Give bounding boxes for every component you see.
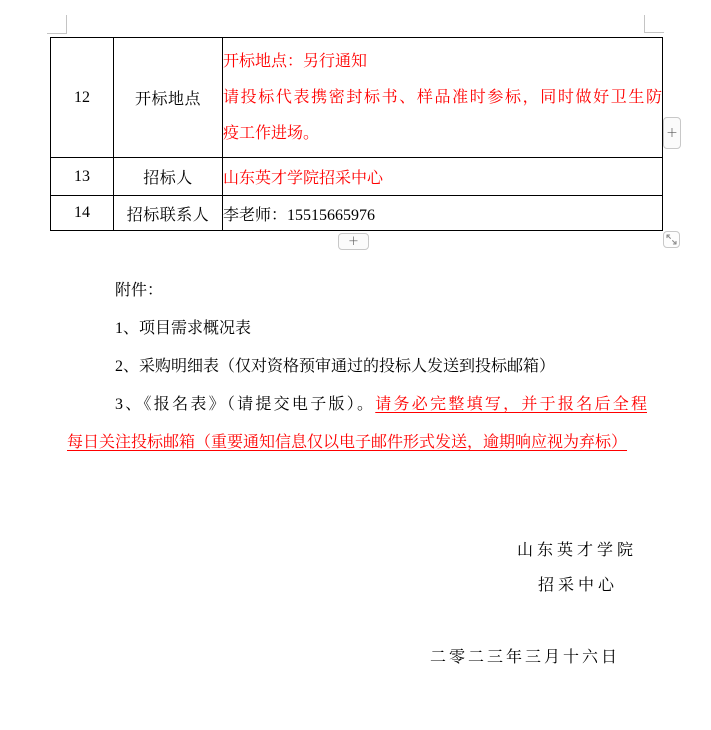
- row-number-cell: 13: [51, 158, 114, 196]
- attachment-item-3-warning: 请务必完整填写，并于报名后全程: [375, 396, 647, 413]
- row-value-cell: 山东英才学院招采中心: [223, 158, 663, 196]
- row-number-cell: 12: [51, 38, 114, 158]
- margin-crop-mark-right: [644, 15, 664, 33]
- attachment-warning-line-2: 每日关注投标邮箱（重要通知信息仅以电子邮件形式发送，逾期响应视为弃标）: [67, 424, 647, 462]
- attachment-item-3-text: 3、《报名表》（请提交电子版）。: [115, 396, 375, 413]
- row-value-cell: 李老师：15515665976: [223, 196, 663, 231]
- table-row: 12 开标地点 开标地点：另行通知 请投标代表携密封标书、样品准时参标，同时做好…: [51, 38, 663, 158]
- add-row-button[interactable]: +: [338, 233, 369, 250]
- attachments-section: 附件： 1、项目需求概况表 2、采购明细表（仅对资格预审通过的投标人发送到投标邮…: [67, 272, 647, 462]
- signature-date: 二零二三年三月十六日: [430, 646, 620, 670]
- plus-icon: +: [348, 234, 359, 249]
- attachment-item-1: 1、项目需求概况表: [67, 310, 647, 348]
- row-label-cell: 开标地点: [114, 38, 223, 158]
- plus-icon: +: [666, 125, 678, 141]
- signature-org: 山东英才学院: [517, 539, 637, 563]
- tender-info-table: 12 开标地点 开标地点：另行通知 请投标代表携密封标书、样品准时参标，同时做好…: [50, 37, 663, 231]
- document-page: 12 开标地点 开标地点：另行通知 请投标代表携密封标书、样品准时参标，同时做好…: [0, 0, 711, 730]
- row-number-cell: 14: [51, 196, 114, 231]
- signature-dept: 招采中心: [538, 574, 618, 598]
- row-value-cell: 开标地点：另行通知 请投标代表携密封标书、样品准时参标，同时做好卫生防 疫工作进…: [223, 38, 663, 158]
- attachment-item-3: 3、《报名表》（请提交电子版）。请务必完整填写，并于报名后全程: [67, 386, 647, 424]
- table-resize-handle[interactable]: [663, 231, 680, 248]
- row-label-cell: 招标联系人: [114, 196, 223, 231]
- value-line: 疫工作进场。: [223, 116, 662, 152]
- margin-crop-mark-left: [47, 15, 67, 34]
- value-line: 开标地点：另行通知: [223, 44, 662, 80]
- row-label-cell: 招标人: [114, 158, 223, 196]
- table-row: 13 招标人 山东英才学院招采中心: [51, 158, 663, 196]
- value-line: 请投标代表携密封标书、样品准时参标，同时做好卫生防: [223, 80, 662, 116]
- attachment-item-2: 2、采购明细表（仅对资格预审通过的投标人发送到投标邮箱）: [67, 348, 647, 386]
- diagonal-resize-arrows-icon: [665, 233, 678, 246]
- add-column-button[interactable]: +: [663, 117, 681, 149]
- table-row: 14 招标联系人 李老师：15515665976: [51, 196, 663, 231]
- attachments-heading: 附件：: [67, 272, 647, 310]
